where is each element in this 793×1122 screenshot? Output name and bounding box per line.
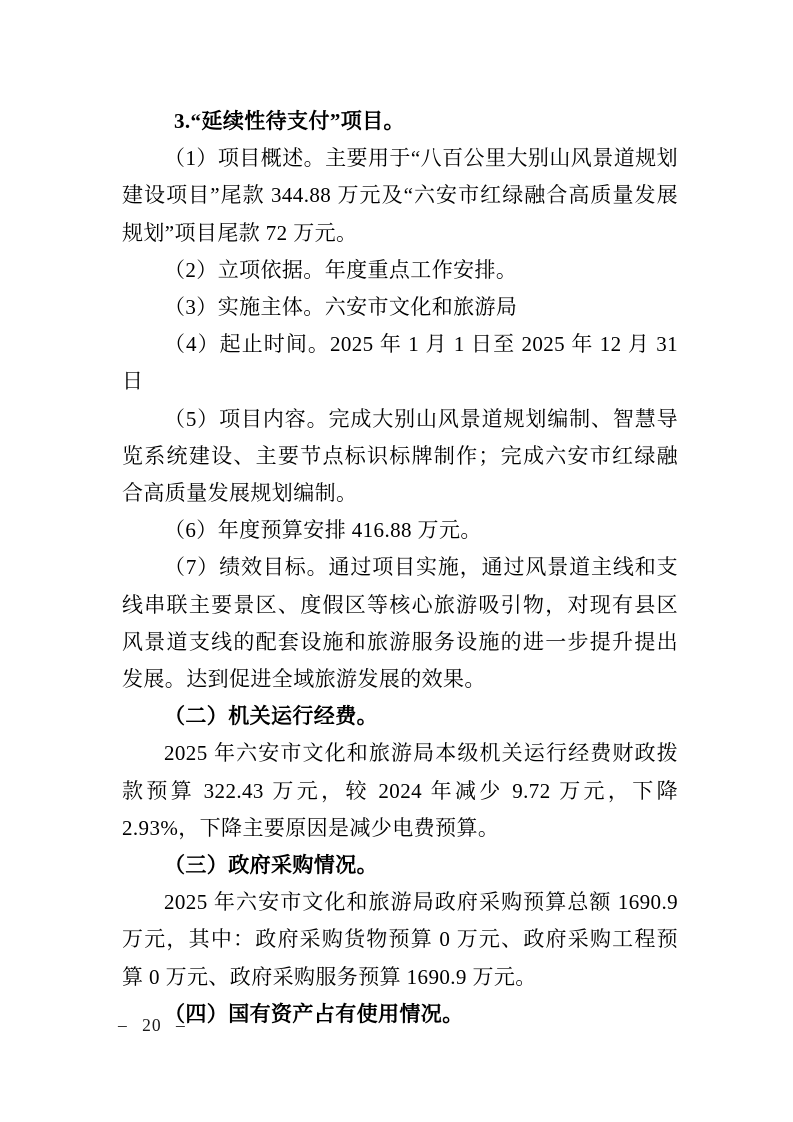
paragraph-implementing-body: （3）实施主体。六安市文化和旅游局 xyxy=(122,289,678,326)
paragraph-project-period: （4）起止时间。2025 年 1 月 1 日至 2025 年 12 月 31 日 xyxy=(122,326,678,400)
document-page: 3.“延续性待支付”项目。 （1）项目概述。主要用于“八百公里大别山风景道规划建… xyxy=(0,0,793,1122)
paragraph-project-content: （5）项目内容。完成大别山风景道规划编制、智慧导览系统建设、主要节点标识标牌制作… xyxy=(122,401,678,513)
section-heading-state-owned-assets: （四）国有资产占有使用情况。 xyxy=(122,996,678,1033)
paragraph-operating-expense-detail: 2025 年六安市文化和旅游局本级机关运行经费财政拨款预算 322.43 万元，… xyxy=(122,735,678,847)
paragraph-project-overview: （1）项目概述。主要用于“八百公里大别山风景道规划建设项目”尾款 344.88 … xyxy=(122,140,678,252)
section-heading-agency-operating-expense: （二）机关运行经费。 xyxy=(122,698,678,735)
document-body: 3.“延续性待支付”项目。 （1）项目概述。主要用于“八百公里大别山风景道规划建… xyxy=(122,103,678,1033)
paragraph-annual-budget: （6）年度预算安排 416.88 万元。 xyxy=(122,512,678,549)
paragraph-procurement-detail: 2025 年六安市文化和旅游局政府采购预算总额 1690.9 万元，其中：政府采… xyxy=(122,884,678,996)
section-heading-government-procurement: （三）政府采购情况。 xyxy=(122,847,678,884)
page-number: – 20 – xyxy=(118,1010,186,1040)
paragraph-project-basis: （2）立项依据。年度重点工作安排。 xyxy=(122,252,678,289)
paragraph-performance-target: （7）绩效目标。通过项目实施，通过风景道主线和支线串联主要景区、度假区等核心旅游… xyxy=(122,549,678,698)
section-heading-continuing-payment-project: 3.“延续性待支付”项目。 xyxy=(122,103,678,140)
